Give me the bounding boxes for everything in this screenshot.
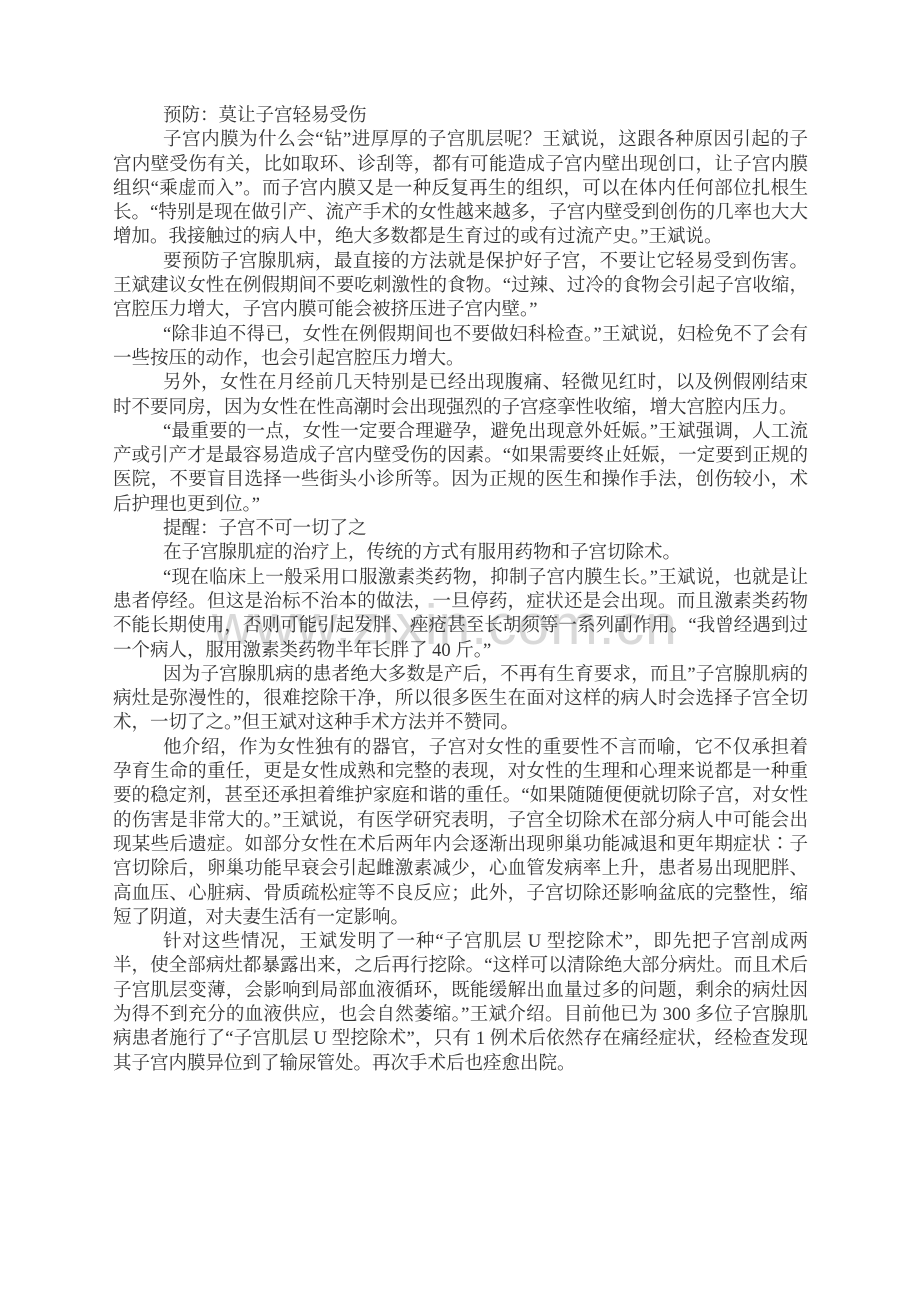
- section-heading: 预防：莫让子宫轻易受伤: [113, 104, 808, 128]
- section-heading: 提醒：子宫不可一切了之: [113, 517, 808, 541]
- paragraph: “最重要的一点，女性一定要合理避孕，避免出现意外妊娠。”王斌强调，人工流产或引产…: [113, 420, 808, 517]
- paragraph: “现在临床上一般采用口服激素类药物，抑制子宫内膜生长。”王斌说，也就是让患者停经…: [113, 566, 808, 663]
- document-page: www.zixin.com.cn 预防：莫让子宫轻易受伤 子宫内膜为什么会“钻”…: [0, 0, 920, 1302]
- paragraph: “除非迫不得已，女性在例假期间也不要做妇科检查。”王斌说，妇检免不了会有一些按压…: [113, 323, 808, 372]
- paragraph: 在子宫腺肌症的治疗上，传统的方式有服用药物和子宫切除术。: [113, 541, 808, 565]
- paragraph: 要预防子宫腺肌病，最直接的方法就是保护好子宫，不要让它轻易受到伤害。王斌建议女性…: [113, 250, 808, 323]
- paragraph: 因为子宫腺肌病的患者绝大多数是产后，不再有生育要求，而且”子宫腺肌病的病灶是弥漫…: [113, 663, 808, 736]
- paragraph: 他介绍，作为女性独有的器官，子宫对女性的重要性不言而喻，它不仅承担着孕育生命的重…: [113, 736, 808, 930]
- paragraph: 另外，女性在月经前几天特别是已经出现腹痛、轻微见红时，以及例假刚结束时不要同房，…: [113, 371, 808, 420]
- paragraph: 子宫内膜为什么会“钻”进厚厚的子宫肌层呢？王斌说，这跟各种原因引起的子宫内壁受伤…: [113, 128, 808, 249]
- document-body: 预防：莫让子宫轻易受伤 子宫内膜为什么会“钻”进厚厚的子宫肌层呢？王斌说，这跟各…: [113, 104, 808, 1076]
- paragraph: 针对这些情况，王斌发明了一种“子宫肌层 U 型挖除术”，即先把子宫剖成两半，使全…: [113, 930, 808, 1076]
